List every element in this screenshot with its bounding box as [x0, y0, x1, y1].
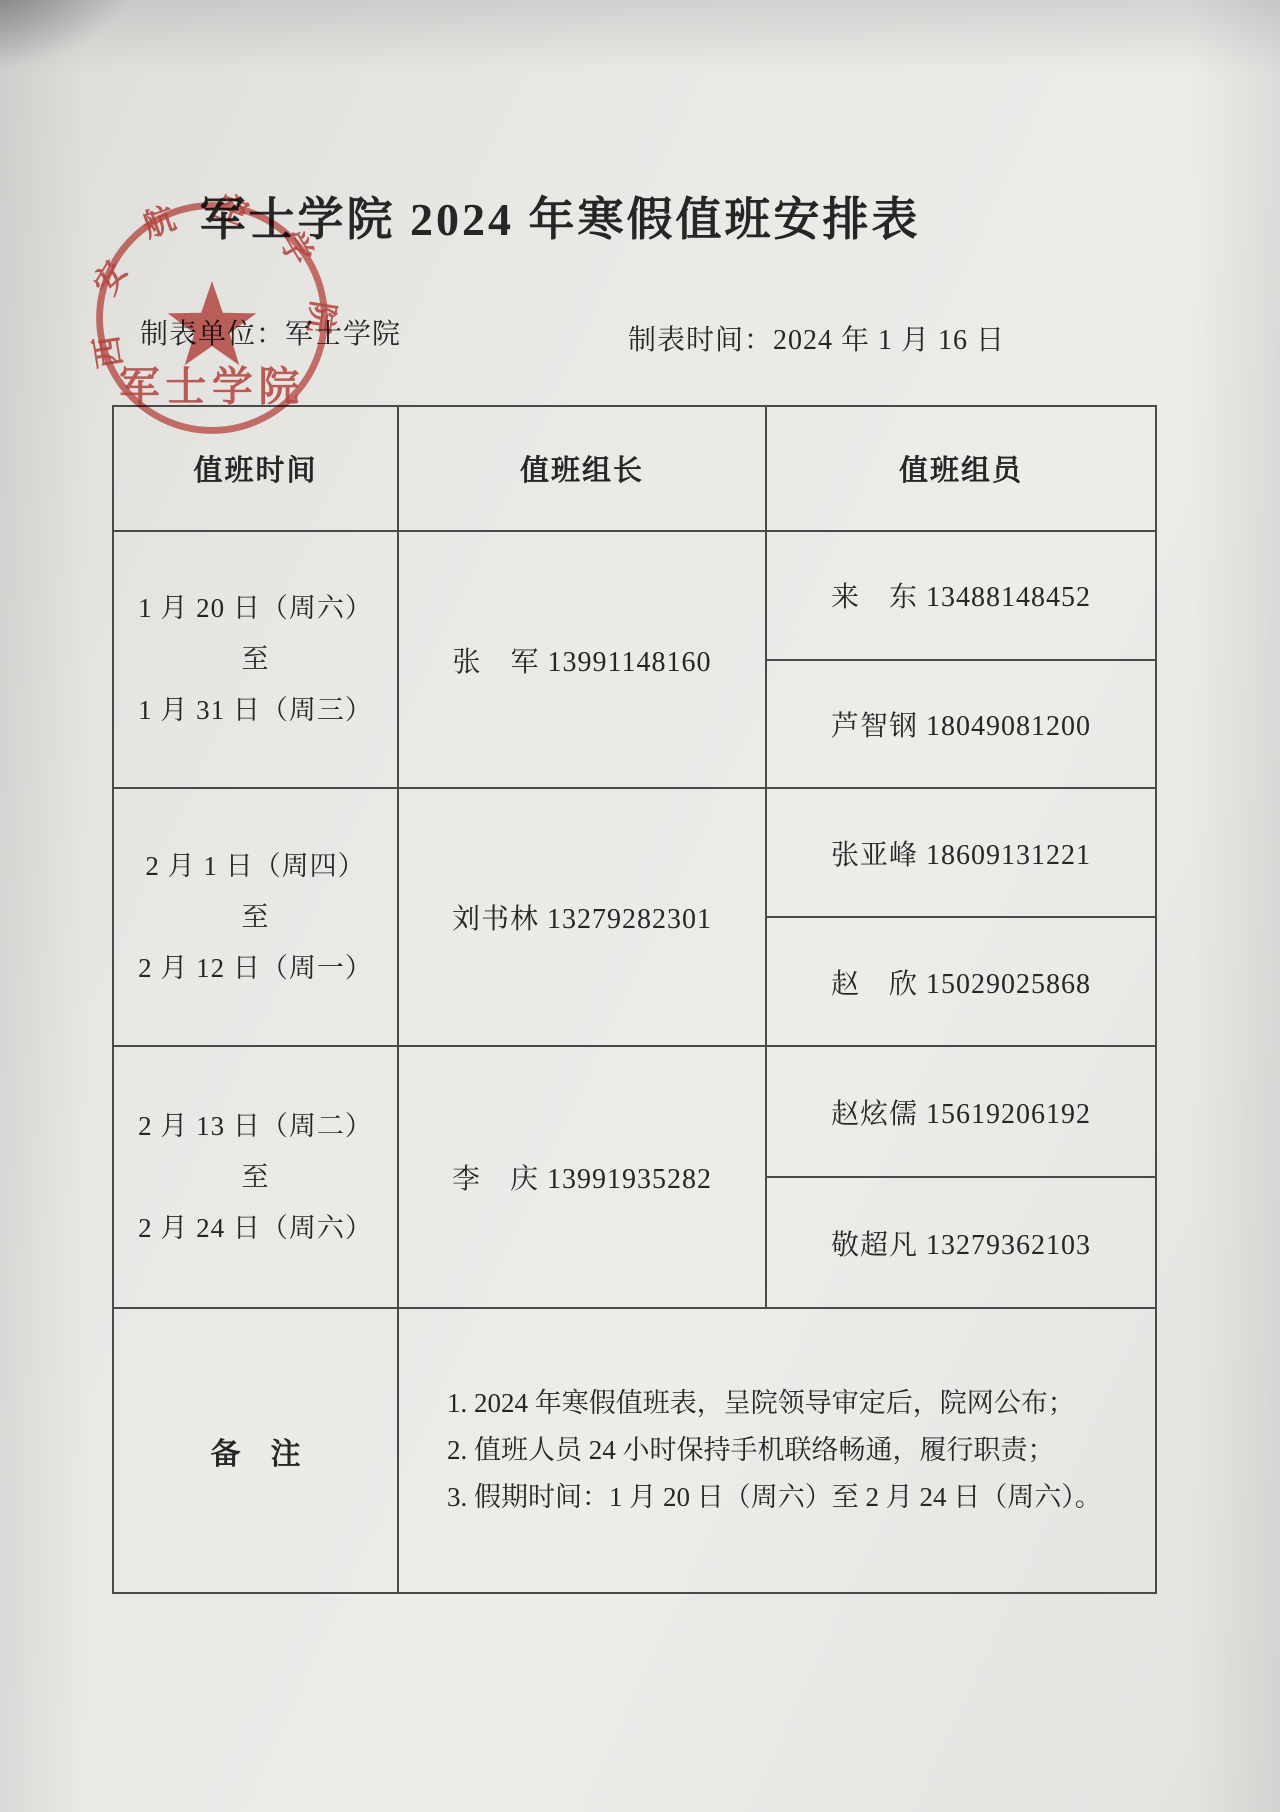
time-start: 1 月 20 日（周六） — [138, 583, 373, 634]
table-row: 1 月 20 日（周六） 至 1 月 31 日（周三） 张 军 13991148… — [114, 532, 1155, 789]
duty-members-cell: 赵炫儒 15619206192 敬超凡 13279362103 — [767, 1047, 1155, 1307]
made-by-label: 制表单位：军士学院 — [140, 312, 401, 352]
table-row: 2 月 13 日（周二） 至 2 月 24 日（周六） 李 庆 13991935… — [114, 1047, 1155, 1309]
remarks-label: 备 注 — [114, 1309, 399, 1592]
remarks-row: 备 注 1. 2024 年寒假值班表，呈院领导审定后，院网公布； 2. 值班人员… — [114, 1309, 1155, 1592]
table-row: 2 月 1 日（周四） 至 2 月 12 日（周一） 刘书林 132792823… — [114, 789, 1155, 1047]
duty-leader-cell: 张 军 13991148160 — [399, 532, 767, 787]
header-duty-members-label: 值班组员 — [767, 407, 1155, 530]
duty-leader-cell: 刘书林 13279282301 — [399, 789, 767, 1045]
duty-schedule-table: 值班时间 值班组长 值班组员 1 月 20 日（周六） 至 1 月 31 日（周… — [112, 405, 1157, 1594]
remark-line: 2. 值班人员 24 小时保持手机联络畅通，履行职责； — [447, 1427, 1155, 1474]
time-to: 至 — [242, 634, 270, 685]
remarks-content: 1. 2024 年寒假值班表，呈院领导审定后，院网公布； 2. 值班人员 24 … — [399, 1309, 1155, 1592]
document-page: 西安航空学院 军士学院 军士学院 2024 年寒假值班安排表 制表单位：军士学院… — [0, 0, 1280, 1812]
header-duty-leader: 值班组长 — [399, 407, 767, 530]
time-end: 2 月 24 日（周六） — [138, 1203, 373, 1254]
duty-members-cell: 张亚峰 18609131221 赵 欣 15029025868 — [767, 789, 1155, 1045]
remark-line: 1. 2024 年寒假值班表，呈院领导审定后，院网公布； — [447, 1380, 1155, 1427]
document-title: 军士学院 2024 年寒假值班安排表 — [0, 183, 1120, 249]
time-end: 2 月 12 日（周一） — [138, 943, 373, 994]
time-to: 至 — [242, 1152, 270, 1203]
header-duty-members: 值班组员 — [767, 407, 1155, 530]
time-start: 2 月 13 日（周二） — [138, 1101, 373, 1152]
member-1: 赵炫儒 15619206192 — [767, 1047, 1155, 1178]
duty-time-cell: 2 月 1 日（周四） 至 2 月 12 日（周一） — [114, 789, 399, 1045]
stamp-bottom-text: 军士学院 — [119, 364, 305, 409]
member-2: 芦智钢 18049081200 — [767, 661, 1155, 788]
time-to: 至 — [242, 892, 270, 943]
duty-members-cell: 来 东 13488148452 芦智钢 18049081200 — [767, 532, 1155, 787]
made-time-label: 制表时间：2024 年 1 月 16 日 — [628, 318, 1005, 358]
time-end: 1 月 31 日（周三） — [138, 685, 373, 736]
table-header-row: 值班时间 值班组长 值班组员 — [114, 407, 1155, 532]
duty-leader-cell: 李 庆 13991935282 — [399, 1047, 767, 1307]
member-1: 来 东 13488148452 — [767, 532, 1155, 661]
header-duty-time: 值班时间 — [114, 407, 399, 530]
remark-line: 3. 假期时间：1 月 20 日（周六）至 2 月 24 日（周六）。 — [447, 1474, 1155, 1521]
time-start: 2 月 1 日（周四） — [145, 841, 365, 892]
duty-time-cell: 1 月 20 日（周六） 至 1 月 31 日（周三） — [114, 532, 399, 787]
member-1: 张亚峰 18609131221 — [767, 789, 1155, 918]
member-2: 赵 欣 15029025868 — [767, 918, 1155, 1045]
duty-time-cell: 2 月 13 日（周二） 至 2 月 24 日（周六） — [114, 1047, 399, 1307]
member-2: 敬超凡 13279362103 — [767, 1178, 1155, 1307]
